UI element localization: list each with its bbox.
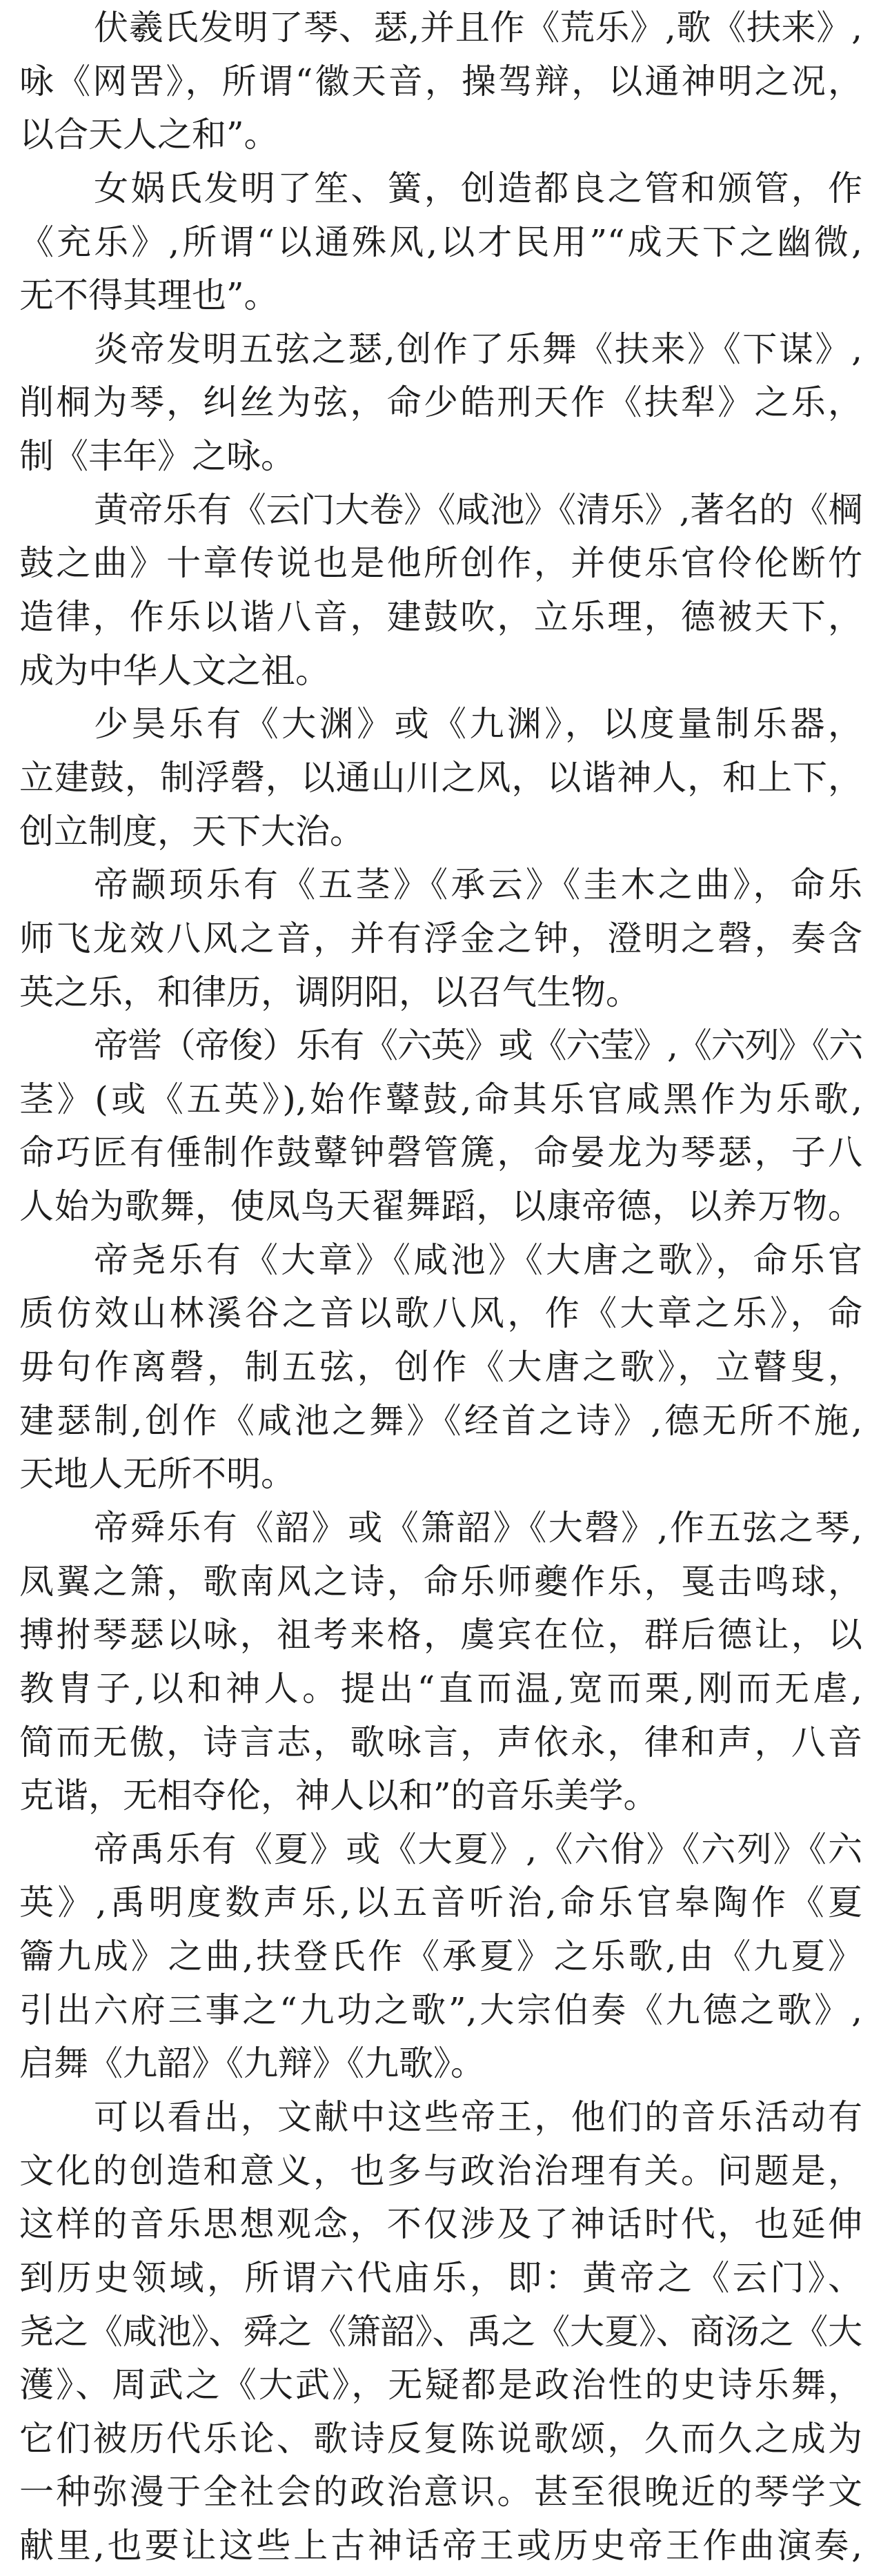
text-line: 以合天人之和”。	[19, 108, 862, 162]
text-line: 成为中华人文之祖。	[19, 645, 862, 698]
text-line: 毋句作离磬，制五弦，创作《大唐之歌》，立瞽叟，	[19, 1341, 862, 1395]
text-line: 这样的音乐思想观念，不仅涉及了神话时代，也延伸	[19, 2198, 862, 2252]
text-line: 创立制度，天下大治。	[19, 805, 862, 859]
text-line: 可以看出，文献中这些帝王，他们的音乐活动有	[19, 2091, 862, 2145]
text-line: 尧之《咸池》、舜之《箫韶》、禹之《大夏》、商汤之《大	[19, 2305, 862, 2359]
text-line: 搏拊琴瑟以咏，祖考来格，虞宾在位，群后德让，以	[19, 1609, 862, 1662]
paragraph-fuxi: 伏羲氏发明了琴、瑟,并且作《荒乐》,歌《扶来》, 咏《网罟》，所谓“徽天音，操驾…	[19, 1, 862, 162]
text-line: 削桐为琴，纠丝为弦，命少皓刑天作《扶犁》之乐，	[19, 376, 862, 430]
text-line: 克谐，无相夺伦，神人以和”的音乐美学。	[19, 1769, 862, 1823]
text-line: 帝禹乐有《夏》或《大夏》,《六佾》《六列》《六	[19, 1823, 862, 1877]
text-line: 咏《网罟》，所谓“徽天音，操驾辩，以通神明之况，	[19, 55, 862, 109]
text-line: 鼓之曲》十章传说也是他所创作，并使乐官伶伦断竹	[19, 537, 862, 591]
text-line: 它们被历代乐论、歌诗反复陈说歌颂，久而久之成为	[19, 2412, 862, 2466]
paragraph-zhuanxu: 帝颛顼乐有《五茎》《承云》《圭木之曲》，命乐 师飞龙效八风之音，并有浮金之钟，澄…	[19, 858, 862, 1019]
paragraph-diku: 帝喾（帝俊）乐有《六英》或《六莹》,《六列》《六 茎》(或《五英》),始作鼙鼓,…	[19, 1019, 862, 1234]
text-line: 到历史领域，所谓六代庙乐，即：黄帝之《云门》、	[19, 2252, 862, 2305]
text-line: 质仿效山林溪谷之音以歌八风，作《大章之乐》，命	[19, 1287, 862, 1341]
text-line: 英》,禹明度数声乐,以五音听治,命乐官皋陶作《夏	[19, 1876, 862, 1930]
text-line: 师飞龙效八风之音，并有浮金之钟，澄明之磬，奏含	[19, 912, 862, 966]
paragraph-yandi: 炎帝发明五弦之瑟,创作了乐舞《扶来》《下谋》, 削桐为琴，纠丝为弦，命少皓刑天作…	[19, 323, 862, 484]
paragraph-nuwa: 女娲氏发明了笙、簧，创造都良之管和颁管，作 《充乐》,所谓“以通殊风,以才民用”…	[19, 162, 862, 323]
text-line: 无不得其理也”。	[19, 269, 862, 323]
text-line: 建瑟制,创作《咸池之舞》《经首之诗》,德无所不施,	[19, 1395, 862, 1448]
text-line: 少昊乐有《大渊》或《九渊》，以度量制乐器，	[19, 698, 862, 751]
text-line: 启舞《九韶》《九辩》《九歌》。	[19, 2037, 862, 2091]
text-line: 茎》(或《五英》),始作鼙鼓,命其乐官咸黑作为乐歌,	[19, 1073, 862, 1127]
paragraph-yu: 帝禹乐有《夏》或《大夏》,《六佾》《六列》《六 英》,禹明度数声乐,以五音听治,…	[19, 1823, 862, 2091]
text-line: 献里,也要让这些上古神话帝王或历史帝王作曲演奏,	[19, 2519, 862, 2573]
text-line: 凤翼之箫，歌南风之诗，命乐师夔作乐，戛击鸣球，	[19, 1555, 862, 1609]
text-line: 制《丰年》之咏。	[19, 430, 862, 484]
text-line: 女娲氏发明了笙、簧，创造都良之管和颁管，作	[19, 162, 862, 216]
text-line: 造律，作乐以谐八音，建鼓吹，立乐理，德被天下，	[19, 591, 862, 645]
text-line: 天地人无所不明。	[19, 1448, 862, 1502]
text-line: 伏羲氏发明了琴、瑟,并且作《荒乐》,歌《扶来》,	[19, 1, 862, 55]
text-line: 教胄子,以和神人。提出“直而温,宽而栗,刚而无虐,	[19, 1662, 862, 1716]
paragraph-shun: 帝舜乐有《韶》或《箫韶》《大磬》,作五弦之琴, 凤翼之箫，歌南风之诗，命乐师夔作…	[19, 1502, 862, 1823]
text-line: 立建鼓，制浮磬，以通山川之风，以谐神人，和上下，	[19, 751, 862, 805]
text-line: 命巧匠有倕制作鼓鼙钟磬管篪，命晏龙为琴瑟，子八	[19, 1126, 862, 1180]
text-line: 黄帝乐有《云门大卷》《咸池》《清乐》,著名的《棡	[19, 484, 862, 538]
paragraph-huangdi: 黄帝乐有《云门大卷》《咸池》《清乐》,著名的《棡 鼓之曲》十章传说也是他所创作，…	[19, 484, 862, 698]
text-line: 一种弥漫于全社会的政治意识。甚至很晚近的琴学文	[19, 2466, 862, 2519]
text-line: 帝舜乐有《韶》或《箫韶》《大磬》,作五弦之琴,	[19, 1502, 862, 1555]
text-line: 帝尧乐有《大章》《咸池》《大唐之歌》，命乐官	[19, 1234, 862, 1288]
text-line: 炎帝发明五弦之瑟,创作了乐舞《扶来》《下谋》,	[19, 323, 862, 377]
text-line: 籥九成》之曲,扶登氏作《承夏》之乐歌,由《九夏》	[19, 1930, 862, 1984]
paragraph-conclusion: 可以看出，文献中这些帝王，他们的音乐活动有 文化的创造和意义，也多与政治治理有关…	[19, 2091, 862, 2573]
text-line: 人始为歌舞，使凤鸟天翟舞蹈，以康帝德，以养万物。	[19, 1180, 862, 1234]
text-line: 帝喾（帝俊）乐有《六英》或《六莹》,《六列》《六	[19, 1019, 862, 1073]
text-line: 引出六府三事之“九功之歌”,大宗伯奏《九德之歌》,	[19, 1984, 862, 2038]
text-line: 简而无傲，诗言志，歌咏言，声依永，律和声，八音	[19, 1716, 862, 1770]
text-line: 文化的创造和意义，也多与政治治理有关。问题是，	[19, 2145, 862, 2199]
text-line: 濩》、周武之《大武》，无疑都是政治性的史诗乐舞，	[19, 2359, 862, 2412]
article-body: 伏羲氏发明了琴、瑟,并且作《荒乐》,歌《扶来》, 咏《网罟》，所谓“徽天音，操驾…	[0, 0, 881, 2576]
text-line: 帝颛顼乐有《五茎》《承云》《圭木之曲》，命乐	[19, 858, 862, 912]
paragraph-yao: 帝尧乐有《大章》《咸池》《大唐之歌》，命乐官 质仿效山林溪谷之音以歌八风，作《大…	[19, 1234, 862, 1502]
paragraph-shaohao: 少昊乐有《大渊》或《九渊》，以度量制乐器， 立建鼓，制浮磬，以通山川之风，以谐神…	[19, 698, 862, 858]
text-line: 英之乐，和律历，调阴阳，以召气生物。	[19, 966, 862, 1020]
text-line: 《充乐》,所谓“以通殊风,以才民用”“成天下之幽微,	[19, 216, 862, 270]
